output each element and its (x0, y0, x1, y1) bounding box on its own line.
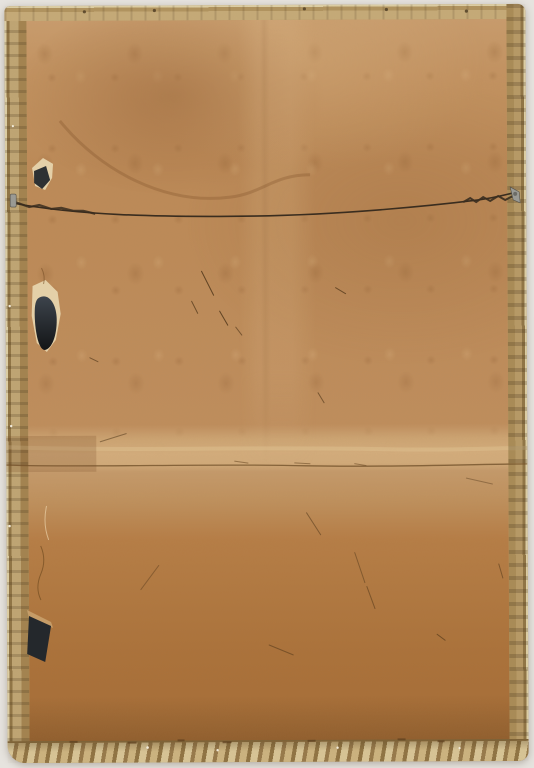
picture-frame-back (4, 4, 528, 763)
wire-anchor-left (10, 194, 16, 207)
paper-grain (4, 4, 528, 763)
photo-backdrop (0, 0, 534, 768)
ridge-left-shadow (6, 436, 96, 472)
detail-overlay (4, 4, 528, 763)
